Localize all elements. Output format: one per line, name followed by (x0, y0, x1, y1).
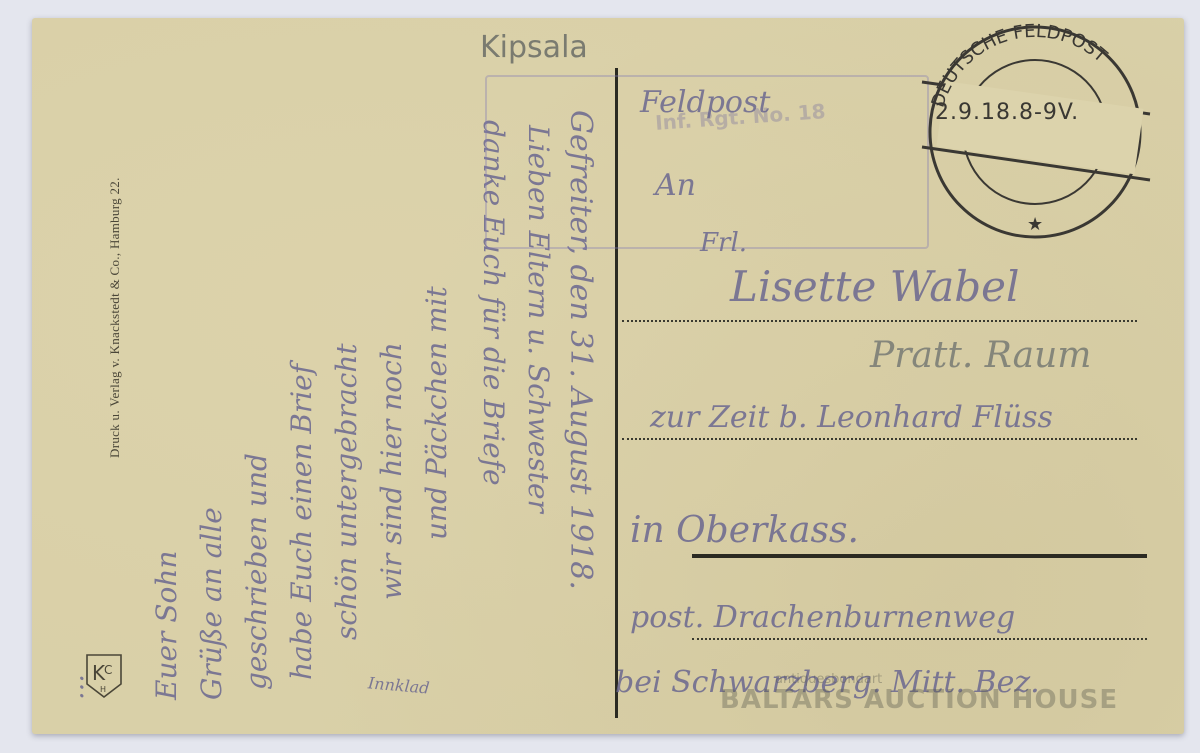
message-line-9: Grüße an alle (195, 507, 228, 700)
address-service: Feldpost (640, 85, 770, 120)
message-line-8: geschrieben und (240, 453, 273, 690)
address-line4: in Oberkass. (630, 510, 859, 551)
message-line-5: wir sind hier noch (375, 342, 408, 600)
address-salutation: Frl. (700, 228, 747, 258)
message-line-6: schön untergebracht (330, 343, 363, 640)
message-line-4: und Päckchen mit (420, 286, 453, 540)
address-to: An (655, 168, 696, 203)
publisher-imprint: Druck u. Verlag v. Knackstedt & Co., Ham… (107, 177, 123, 458)
address-line-2 (622, 438, 1137, 440)
address-name: Lisette Wabel (730, 262, 1019, 311)
address-line2: Pratt. Raum (870, 335, 1091, 376)
watermark: BALTARS AUCTION HOUSE (720, 685, 1118, 715)
message-line-7: habe Euch einen Brief (285, 364, 318, 680)
address-line-3-solid (692, 554, 1147, 558)
pencil-note: Kipsala (480, 30, 588, 65)
postmark-icon: DEUTSCHE FELDPOST ★ (910, 22, 1160, 242)
svg-text:C: C (104, 663, 112, 677)
address-line-1 (622, 320, 1137, 322)
address-line3: zur Zeit b. Leonhard Flüss (650, 400, 1053, 435)
postmark-date: 2.9.18.8-9V. (935, 100, 1079, 125)
svg-text:H: H (100, 685, 106, 694)
address-line-4 (692, 638, 1147, 640)
publisher-logo-icon: K C H (84, 652, 124, 700)
message-line-10: Euer Sohn (150, 551, 183, 700)
svg-text:★: ★ (1027, 214, 1043, 234)
address-line5: post. Drachenburnenweg (630, 600, 1015, 635)
